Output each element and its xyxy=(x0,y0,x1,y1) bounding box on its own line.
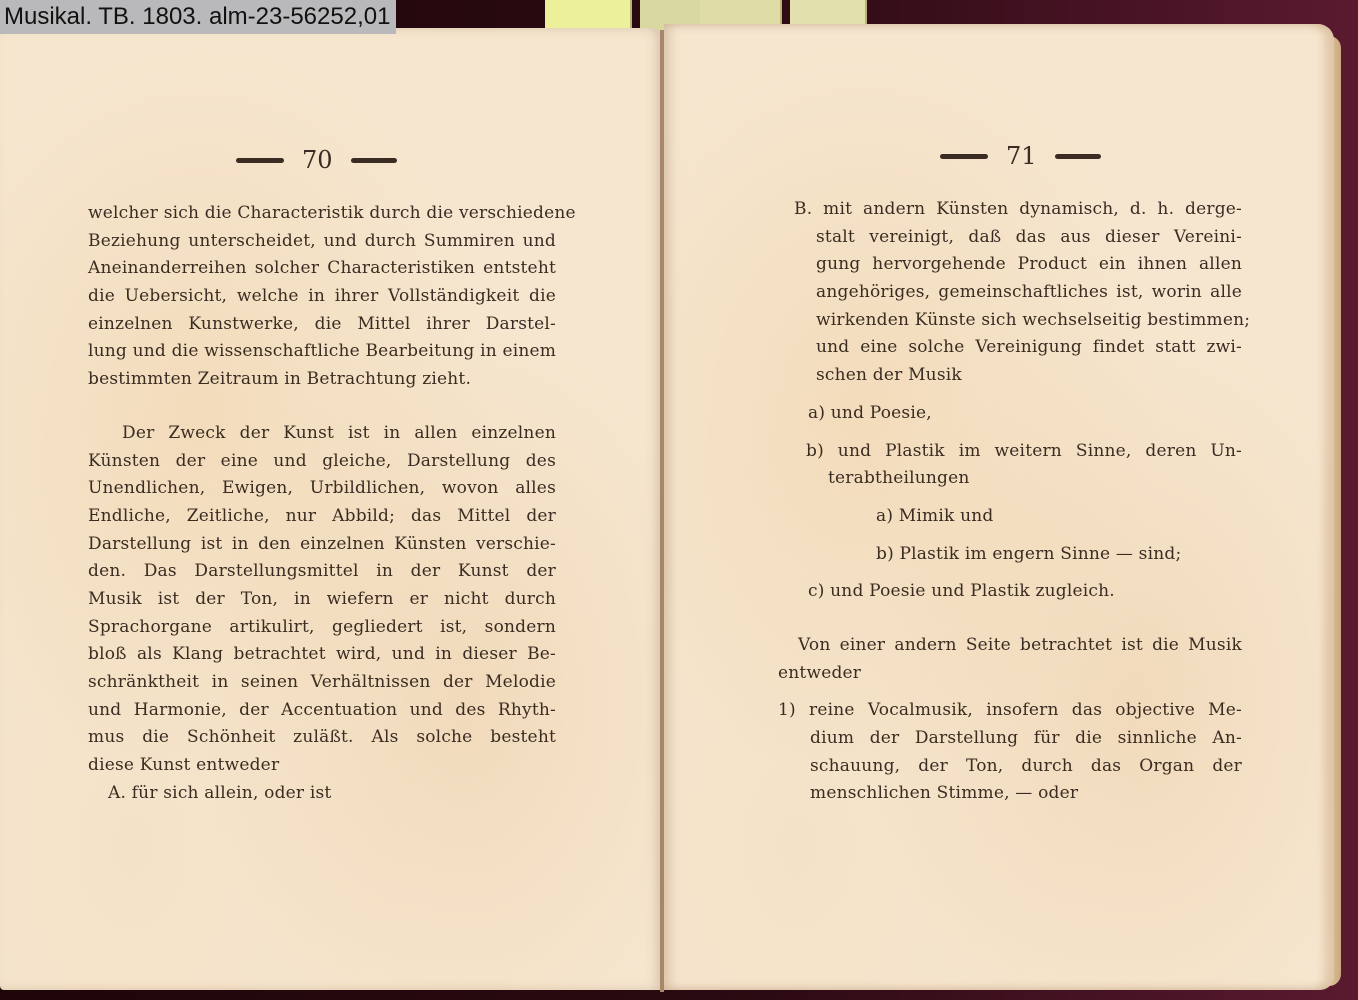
paragraph: welcher sich die Characteristik durch di… xyxy=(88,200,556,394)
text-line: bloß als Klang betrachtet wird, und in d… xyxy=(88,641,556,669)
list-item-vocalmusik: 1) reine Vocalmusik, insofern das object… xyxy=(794,697,1242,808)
spacer xyxy=(794,493,1242,503)
text-line: Darstellung ist in den einzelnen Künsten… xyxy=(88,531,556,559)
text-line: wirkenden Künste sich wechselseitig best… xyxy=(794,307,1242,335)
list-item-plastik: b) und Plastik im weitern Sinne, deren U… xyxy=(794,438,1242,466)
paragraph-gap xyxy=(88,394,556,420)
text-line: Der Zweck der Kunst ist in allen einzeln… xyxy=(88,420,556,448)
text-line: Aneinanderreihen solcher Characteristike… xyxy=(88,255,556,283)
left-page-number: 70 xyxy=(236,146,397,174)
text-line: die Uebersicht, welche in ihrer Vollstän… xyxy=(88,283,556,311)
book-spine xyxy=(660,30,664,992)
spacer xyxy=(794,390,1242,400)
left-page-body: welcher sich die Characteristik durch di… xyxy=(88,200,556,807)
text-line: Beziehung unterscheidet, und durch Summi… xyxy=(88,228,556,256)
ornament-rule-icon xyxy=(351,158,397,163)
text-line: einzelnen Kunstwerke, die Mittel ihrer D… xyxy=(88,311,556,339)
text-line: lung und die wissenschaftliche Bearbeitu… xyxy=(88,338,556,366)
paragraph: Von einer andern Seite betrachtet ist di… xyxy=(794,632,1242,687)
list-item-b: B. mit andern Künsten dynamisch, d. h. d… xyxy=(794,196,1242,390)
spacer xyxy=(794,531,1242,541)
text-line: menschlichen Stimme, — oder xyxy=(794,780,1242,808)
page-number-text: 70 xyxy=(302,146,333,174)
right-page-body: B. mit andern Künsten dynamisch, d. h. d… xyxy=(794,196,1242,808)
spacer xyxy=(794,428,1242,438)
spacer xyxy=(794,568,1242,578)
text-line: bestimmten Zeitraum in Betrachtung zieht… xyxy=(88,366,556,394)
right-page-number: 71 xyxy=(940,142,1101,170)
text-line: terabtheilungen xyxy=(794,465,1242,493)
list-item-poesie: a) und Poesie, xyxy=(794,400,1242,428)
ornament-rule-icon xyxy=(236,158,284,163)
text-line: und eine solche Vereinigung findet statt… xyxy=(794,334,1242,362)
text-line: Von einer andern Seite betrachtet ist di… xyxy=(794,632,1242,660)
text-line: dium der Darstellung für die sinnliche A… xyxy=(794,725,1242,753)
page-number-text: 71 xyxy=(1006,142,1037,170)
text-line: schränktheit in seinen Verhältnissen der… xyxy=(88,669,556,697)
text-line: Künsten der eine und gleiche, Darstellun… xyxy=(88,448,556,476)
text-line: mus die Schönheit zuläßt. Als solche bes… xyxy=(88,724,556,752)
text-line: diese Kunst entweder xyxy=(88,752,556,780)
sublist-item-mimik: a) Mimik und xyxy=(794,503,1242,531)
list-item-poesie-plastik: c) und Poesie und Plastik zugleich. xyxy=(794,578,1242,606)
text-line: schen der Musik xyxy=(794,362,1242,390)
ornament-rule-icon xyxy=(1055,154,1101,159)
text-line: entweder xyxy=(778,660,1242,688)
text-line: welcher sich die Characteristik durch di… xyxy=(88,200,556,228)
text-line: stalt vereinigt, daß das aus dieser Vere… xyxy=(794,224,1242,252)
paragraph: Der Zweck der Kunst ist in allen einzeln… xyxy=(88,420,556,780)
text-line: 1) reine Vocalmusik, insofern das object… xyxy=(778,697,1242,725)
sublist-item-plastik-engern: b) Plastik im engern Sinne — sind; xyxy=(794,541,1242,569)
paragraph-gap xyxy=(794,606,1242,632)
text-line: schauung, der Ton, durch das Organ der xyxy=(794,753,1242,781)
text-line: B. mit andern Künsten dynamisch, d. h. d… xyxy=(794,196,1242,224)
text-line: den. Das Darstellungsmittel in der Kunst… xyxy=(88,558,556,586)
spacer xyxy=(794,687,1242,697)
text-line: und Harmonie, der Accentuation und des R… xyxy=(88,697,556,725)
text-line: gung hervorgehende Product ein ihnen all… xyxy=(794,251,1242,279)
text-line: Unendlichen, Ewigen, Urbildlichen, wovon… xyxy=(88,475,556,503)
list-item-a: A. für sich allein, oder ist xyxy=(88,780,556,808)
catalog-label: Musikal. TB. 1803. alm-23-56252,01 xyxy=(0,0,396,34)
text-line: angehöriges, gemeinschaftliches ist, wor… xyxy=(794,279,1242,307)
text-line: Endliche, Zeitliche, nur Abbild; das Mit… xyxy=(88,503,556,531)
text-line: Musik ist der Ton, in wiefern er nicht d… xyxy=(88,586,556,614)
ornament-rule-icon xyxy=(940,154,988,159)
text-line: Sprachorgane artikulirt, gegliedert ist,… xyxy=(88,614,556,642)
